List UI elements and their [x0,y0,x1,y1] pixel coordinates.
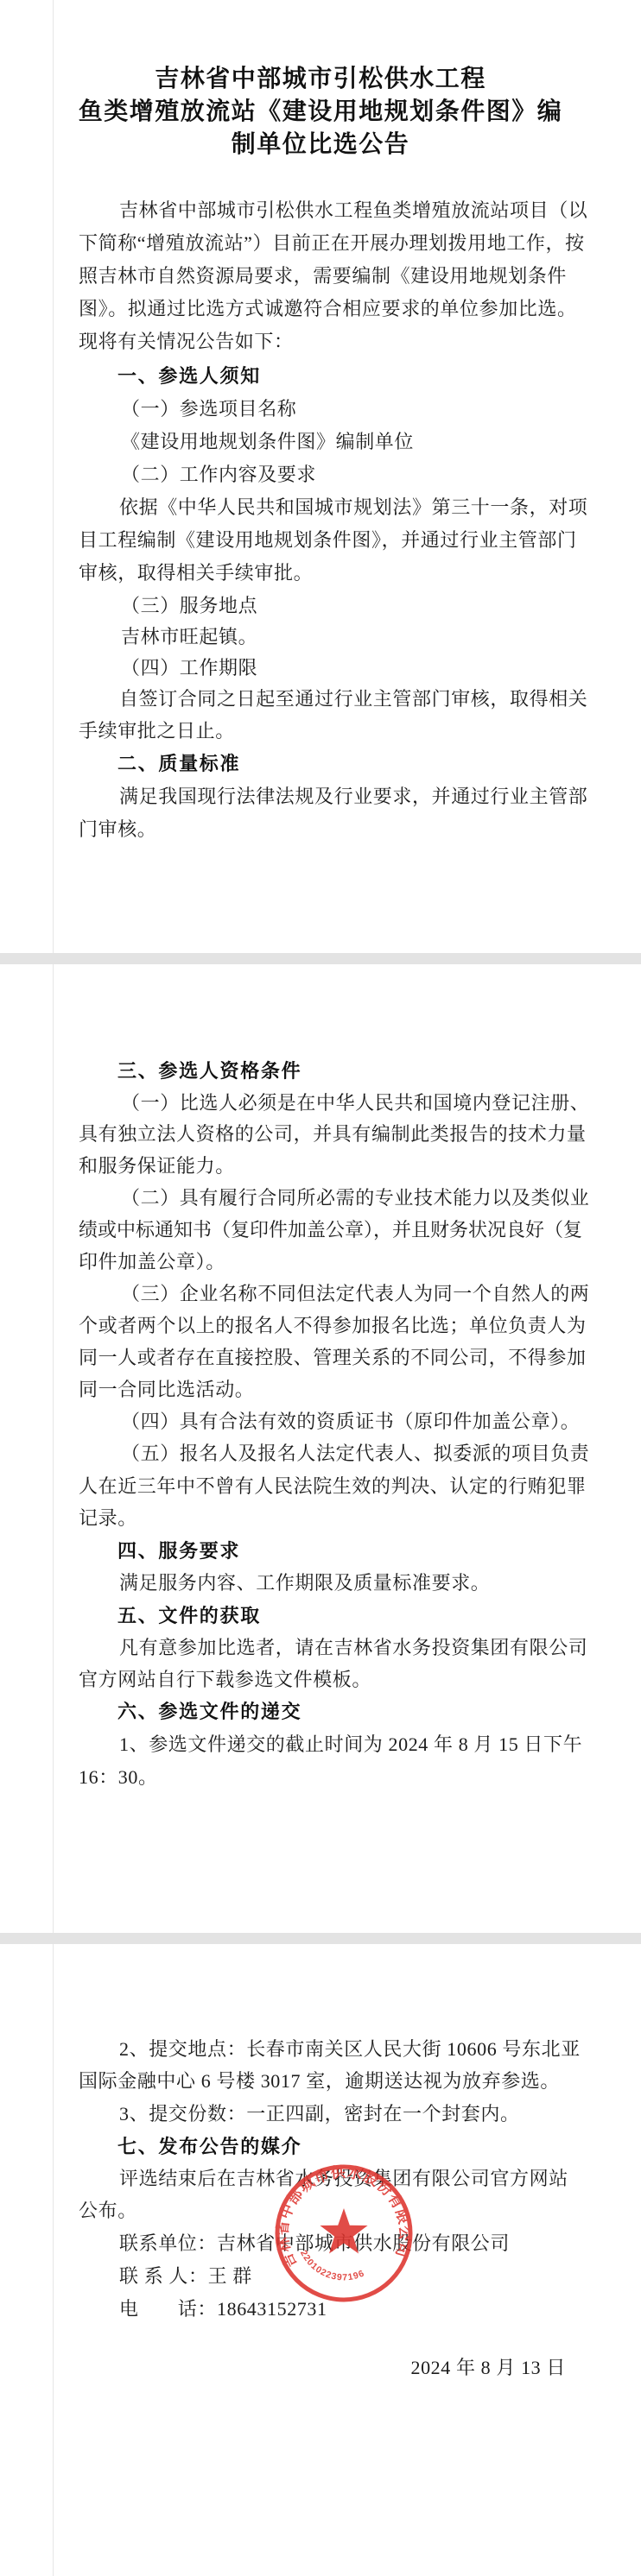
body-line: 手续审批之日止。 [79,720,235,742]
body-line: 满足服务内容、工作期限及质量标准要求。 [119,1572,490,1594]
contact-person-line: 联 系 人：王 群 [119,2265,252,2288]
scan-edge-artifact [53,0,54,2576]
body-line: （五）报名人及报名人法定代表人、拟委派的项目负责 [121,1443,589,1465]
body-line: （四）具有合法有效的资质证书（原印件加盖公章）。 [121,1411,580,1433]
body-line: 现将有关情况公告如下： [79,331,294,353]
official-seal-stamp: 吉林省中部城市供水股份有限公司 2201022397196 [270,2160,417,2307]
title-line-3: 制单位比选公告 [0,133,641,155]
body-line: 公布。 [79,2200,137,2222]
body-line: 个或者两个以上的报名人不得参加报名比选；单位负责人为 [79,1315,587,1337]
section-heading-6: 六、参选文件的递交 [117,1701,301,1723]
svg-text:2201022397196: 2201022397196 [298,2249,366,2283]
body-line: （一）比选人必须是在中华人民共和国境内登记注册、 [121,1092,589,1114]
body-line: 下简称“增殖放流站”）目前正在开展办理划拨用地工作，按 [79,232,585,255]
section-heading-1: 一、参选人须知 [117,365,261,388]
body-line: 同一人或者存在直接控股、管理关系的不同公司，不得参加 [79,1347,587,1369]
body-line: 具有独立法人资格的公司，并具有编制此类报告的技术力量 [79,1123,587,1146]
body-line: 图》。拟通过比选方式诚邀符合相应要求的单位参加比选。 [79,298,577,320]
section-heading-7: 七、发布公告的媒介 [117,2136,301,2158]
body-line: 官方网站自行下载参选文件模板。 [79,1669,371,1691]
body-line: （三）企业名称不同但法定代表人为同一个自然人的两 [121,1283,589,1305]
body-line: 目工程编制《建设用地规划条件图》，并通过行业主管部门 [79,529,577,552]
body-line: （三）服务地点 [121,595,257,617]
body-line: 门审核。 [79,818,156,841]
body-line: 吉林省中部城市引松供水工程鱼类增殖放流站项目（以 [119,199,587,222]
title-line-2: 鱼类增殖放流站《建设用地规划条件图》编 [0,100,641,123]
body-line: 同一合同比选活动。 [79,1379,254,1401]
body-line: （二）工作内容及要求 [121,464,316,486]
section-heading-3: 三、参选人资格条件 [117,1060,301,1083]
body-line: 照吉林市自然资源局要求，需要编制《建设用地规划条件 [79,265,567,287]
body-line: 1、参选文件递交的截止时间为 2024 年 8 月 15 日下午 [119,1733,582,1756]
body-line: 自签订合同之日起至通过行业主管部门审核，取得相关 [119,688,587,710]
section-heading-4: 四、服务要求 [117,1540,240,1563]
page-divider [0,1933,641,1944]
document-date: 2024 年 8 月 13 日 [410,2357,566,2379]
body-line: 记录。 [79,1507,137,1530]
body-line: 绩或中标通知书（复印件加盖公章），并且财务状况良好（复 [79,1219,582,1241]
body-line: 和服务保证能力。 [79,1155,235,1178]
page-divider [0,953,641,964]
body-line: 3、提交份数：一正四副，密封在一个封套内。 [119,2103,520,2125]
body-line: 国际金融中心 6 号楼 3017 室，逾期送达视为放弃参选。 [79,2070,560,2093]
body-line: 依据《中华人民共和国城市规划法》第三十一条，对项 [119,496,587,519]
section-heading-5: 五、文件的获取 [117,1605,261,1627]
star-icon [320,2208,367,2254]
body-line: 审核，取得相关手续审批。 [79,562,313,584]
body-line: 吉林市旺起镇。 [121,626,257,648]
title-line-1: 吉林省中部城市引松供水工程 [0,67,641,90]
body-line: （二）具有履行合同所必需的专业技术能力以及类似业 [121,1187,589,1209]
body-line: 2、提交地点：长春市南关区人民大街 10606 号东北亚 [119,2038,581,2061]
seal-number-text: 2201022397196 [298,2249,366,2283]
body-line: （一）参选项目名称 [121,398,296,420]
body-line: 人在近三年中不曾有人民法院生效的判决、认定的行贿犯罪 [79,1475,587,1498]
scanned-document: 吉林省中部城市引松供水工程 鱼类增殖放流站《建设用地规划条件图》编 制单位比选公… [0,0,641,2576]
body-line: 《建设用地规划条件图》编制单位 [121,431,414,453]
body-line: 16：30。 [79,1766,158,1789]
section-heading-2: 二、质量标准 [117,753,240,775]
body-line: （四）工作期限 [121,657,257,679]
body-line: 印件加盖公章）。 [79,1251,225,1273]
body-line: 满足我国现行法律法规及行业要求，并通过行业主管部 [119,786,587,808]
body-line: 凡有意参加比选者，请在吉林省水务投资集团有限公司 [119,1637,587,1659]
